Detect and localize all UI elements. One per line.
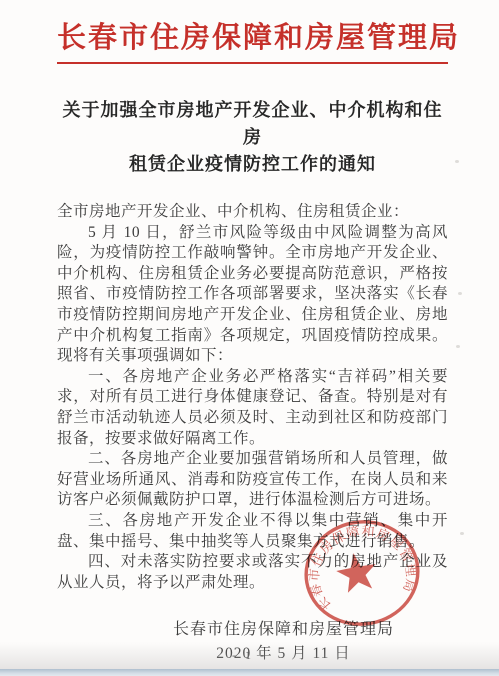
scan-edge-strip <box>0 669 499 676</box>
document-title-line1: 关于加强全市房地产开发企业、中介机构和住房 <box>57 97 448 151</box>
body-paragraph: 二、各房地产企业要加强营销场所和人员管理，做好营业场所通风、消毒和防疫宣传工作，… <box>57 449 448 511</box>
agency-letterhead-title: 长春市住房保障和房屋管理局 <box>57 21 448 55</box>
signature-agency-name: 长春市住房保障和房屋管理局 <box>173 618 394 642</box>
body-paragraph: 5 月 10 日，舒兰市风险等级由中风险调整为高风险，为疫情防控工作敲响警钟。全… <box>57 223 448 367</box>
body-paragraph: 一、各房地产企业务必严格落实“吉祥码”相关要求，对所有员工进行身体健康登记、备查… <box>57 367 448 449</box>
body-paragraph: 四、对未落实防控要求或落实不力的房地产企业及从业人员，将予以严肃处理。 <box>57 552 448 593</box>
document-title-line2: 租赁企业疫情防控工作的通知 <box>57 151 448 178</box>
body-paragraph: 三、各房地产开发企业不得以集中营销、集中开盘、集中摇号、集中抽奖等人员聚集方式进… <box>57 511 448 552</box>
letterhead-red-rule <box>57 62 448 64</box>
page-number: - 1 - <box>0 648 499 663</box>
salutation-line: 全市房地产开发企业、中介机构、住房租赁企业： <box>57 202 448 223</box>
document-title: 关于加强全市房地产开发企业、中介机构和住房 租赁企业疫情防控工作的通知 <box>57 97 448 178</box>
document-content: 长春市住房保障和房屋管理局 关于加强全市房地产开发企业、中介机构和住房 租赁企业… <box>0 21 499 665</box>
document-body: 全市房地产开发企业、中介机构、住房租赁企业： 5 月 10 日，舒兰市风险等级由… <box>57 202 448 593</box>
scanned-document-page: 长春市住房保障和房屋管理局 关于加强全市房地产开发企业、中介机构和住房 租赁企业… <box>0 0 499 676</box>
